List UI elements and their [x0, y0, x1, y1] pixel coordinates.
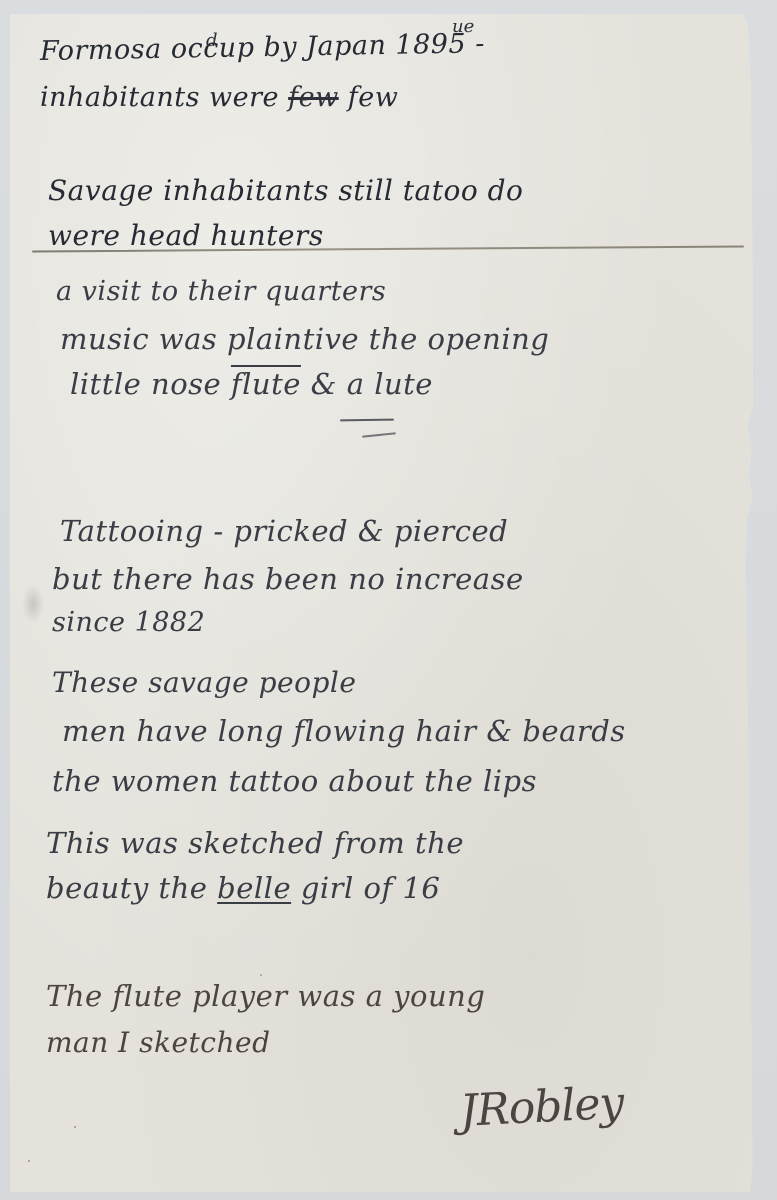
section-1-line-2: music was plaintive the opening — [60, 322, 549, 356]
section-2-line-8-prefix: beauty the — [46, 871, 217, 905]
section-1-line-3-suffix: & a lute — [301, 367, 433, 401]
header-line-4: were head hunters — [48, 219, 324, 252]
section-2-line-1: Tattooing - pricked & pierced — [60, 514, 508, 548]
section-divider-dash-lower — [362, 432, 396, 438]
section-2-line-3: since 1882 — [52, 607, 205, 638]
header-line-2: inhabitants were few few — [40, 82, 398, 113]
section-2-line-7: This was sketched from the — [46, 826, 464, 860]
section-2-line-4: These savage people — [52, 666, 356, 699]
header-line-3: Savage inhabitants still tatoo do — [48, 174, 523, 207]
section-2-line-8: beauty the belle girl of 16 — [46, 871, 440, 905]
speck — [260, 974, 262, 976]
header-line-1: Formosa occup by Japan 1895 - — [40, 28, 485, 67]
section-1-line-3: little nose flute & a lute — [70, 367, 433, 401]
section-2-line-6: the women tattoo about the lips — [52, 764, 537, 798]
section-1-line-3-prefix: little nose — [70, 367, 231, 401]
header-line-2-suffix: few — [339, 82, 399, 113]
section-2-line-8-suffix: girl of 16 — [291, 871, 440, 905]
section-2-line-5: men have long flowing hair & beards — [62, 714, 626, 748]
speck — [74, 1126, 76, 1128]
section-2-line-2: but there has been no increase — [52, 562, 524, 596]
section-1-line-1: a visit to their quarters — [56, 276, 386, 307]
section-3-line-1: The flute player was a young — [46, 979, 485, 1013]
signature: JRobley — [459, 1077, 625, 1136]
manuscript-page: d ue Formosa occup by Japan 1895 - inhab… — [10, 14, 754, 1192]
word-flute: flute — [231, 367, 301, 401]
struck-out-word: few — [288, 82, 339, 113]
speck — [28, 1160, 30, 1162]
section-divider-dash — [340, 419, 394, 422]
section-3-line-2: man I sketched — [46, 1026, 271, 1059]
paper-smudge — [22, 584, 44, 624]
word-belle: belle — [217, 871, 291, 905]
header-line-2-prefix: inhabitants were — [40, 82, 288, 113]
